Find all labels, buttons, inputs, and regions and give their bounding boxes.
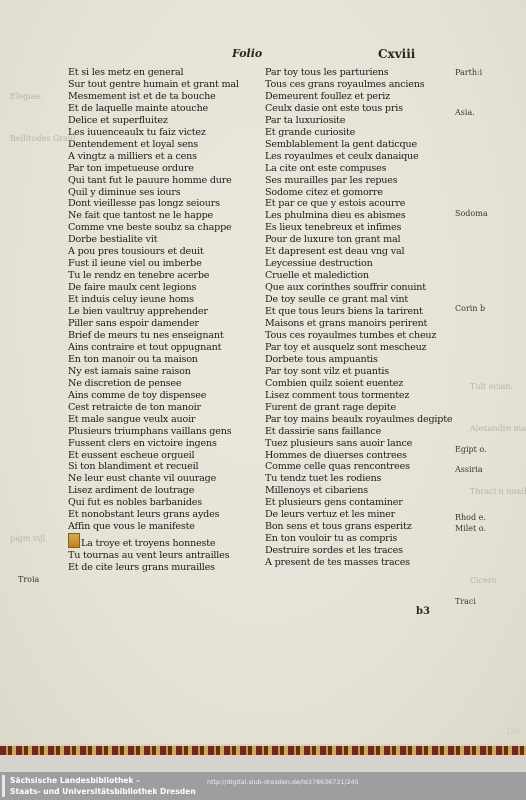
verse-line: Et grande curiosite (265, 127, 465, 139)
verse-text: Et nonobstant leurs grans aydes (68, 509, 219, 520)
verse-text: Es lieux tenebreux et infimes (265, 222, 401, 233)
verse-line: Et male sangue veulx auoir (68, 414, 248, 426)
verse-text: Dorbete tous ampuantis (265, 354, 378, 365)
verse-line: Dentendement et loyal sens (68, 139, 248, 151)
verse-text: Fust il ieune viel ou imberbe (68, 258, 202, 269)
gold-initial-icon (68, 533, 80, 548)
show-through-margin-note: Bellitodes Grani (10, 134, 76, 143)
verse-text: Ne discretion de pensee (68, 378, 181, 389)
margin-note: Troia (18, 575, 39, 584)
verse-text: Et par ce que y estois acourre (265, 198, 405, 209)
margin-note: Parth:i (455, 68, 482, 77)
margin-note: Asia. (455, 108, 475, 117)
show-through-margin-note: Cicero (470, 576, 497, 585)
verse-text: Sur tout gentre humain et grant mal (68, 79, 239, 90)
verse-line: Et dassirie sans faillance (265, 426, 465, 438)
verse-line: Tu tendz tuet les rodiens (265, 473, 465, 485)
verse-line: Et eussent escheue orgueil (68, 450, 248, 462)
verse-text: Tu le rendz en tenebre acerbe (68, 270, 209, 281)
verse-text: Ne fait que tantost ne le happe (68, 210, 213, 221)
verse-line: Lisez ardiment de loutrage (68, 485, 248, 497)
verse-line: Millenoys et cibariens (265, 485, 465, 497)
verse-line: Bon sens et tous grans esperitz (265, 521, 465, 533)
verse-text: Delice et superfluitez (68, 115, 168, 126)
margin-note: Egipt o. (455, 445, 487, 454)
verse-text: Par toy sont vilz et puantis (265, 366, 389, 377)
verse-line: Dont vieillesse pas longz seiours (68, 198, 248, 210)
verse-text: En ton manoir ou ta maison (68, 354, 198, 365)
verse-text: Hommes de diuerses contrees (265, 450, 407, 461)
institution-name-line2: Staats- und Universitätsbibliothek Dresd… (10, 787, 196, 796)
verse-line: Destruire sordes et les traces (265, 545, 465, 557)
verse-line: Et dapresent est deau vng val (265, 246, 465, 258)
verse-line: Si ton blandiment et recueil (68, 461, 248, 473)
verse-text: Dont vieillesse pas longz seiours (68, 198, 220, 209)
verse-text: Les royaulmes et ceulx danaique (265, 151, 418, 162)
verse-text: Par ton impetueuse ordure (68, 163, 194, 174)
verse-text: Cruelle et malediction (265, 270, 369, 281)
verse-line: Cest retraicte de ton manoir (68, 402, 248, 414)
verse-line: Ny est iamais saine raison (68, 366, 248, 378)
verse-text: De faire maulx cent legions (68, 282, 196, 293)
verse-line: Sodome citez et gomorre (265, 187, 465, 199)
verse-line: Affin que vous le manifeste (68, 521, 248, 533)
show-through-margin-note: Elegiae. (10, 92, 43, 101)
verse-text: Qui fut es nobles barbanides (68, 497, 202, 508)
verse-line: Et de laquelle mainte atouche (68, 103, 248, 115)
verse-line: Tu tournas au vent leurs antrailles (68, 550, 248, 562)
verse-line: Mesmement ist et de ta bouche (68, 91, 248, 103)
verse-line: Ains comme de toy dispensee (68, 390, 248, 402)
verse-line: Tu le rendz en tenebre acerbe (68, 270, 248, 282)
verse-line: Es lieux tenebreux et infimes (265, 222, 465, 234)
verse-text: Tu tournas au vent leurs antrailles (68, 550, 229, 561)
verse-line: La troye et troyens honneste (68, 533, 248, 550)
verse-line: Cruelle et malediction (265, 270, 465, 282)
verse-text: Comme vne beste soubz sa chappe (68, 222, 232, 233)
permalink-url[interactable]: http://digital.slub-dresden.de/id3786367… (207, 778, 359, 786)
verse-text: Demeurent foullez et periz (265, 91, 390, 102)
verse-line: Sur tout gentre humain et grant mal (68, 79, 248, 91)
verse-line: Leycessiue destruction (265, 258, 465, 270)
verse-line: Piller sans espoir damender (68, 318, 248, 330)
verse-text: A pou pres tousiours et deuit (68, 246, 204, 257)
verse-text: Les phulmina dieu es abismes (265, 210, 405, 221)
verse-line: Tous ces grans royaulmes anciens (265, 79, 465, 91)
verse-line: De faire maulx cent legions (68, 282, 248, 294)
footer-accent-bar (2, 775, 5, 797)
verse-text: En ton vouloir tu as compris (265, 533, 397, 544)
manuscript-page: Folio Cxviii Et si les metz en generalSu… (0, 0, 526, 744)
verse-line: Qui fut es nobles barbanides (68, 497, 248, 509)
verse-line: Dorbete tous ampuantis (265, 354, 465, 366)
verse-line: Maisons et grans manoirs perirent (265, 318, 465, 330)
verse-text: Si ton blandiment et recueil (68, 461, 198, 472)
verse-line: Par toy mains beaulx royaulmes degipte (265, 414, 465, 426)
verse-text: La troye et troyens honneste (81, 538, 215, 549)
verse-line: Le bien vaultruy apprehender (68, 306, 248, 318)
verse-line: Comme vne beste soubz sa chappe (68, 222, 248, 234)
verse-line: Furent de grant rage depite (265, 402, 465, 414)
verse-text: Et si les metz en general (68, 67, 183, 78)
verse-line: En ton vouloir tu as compris (265, 533, 465, 545)
verse-line: Dorbe bestialite vit (68, 234, 248, 246)
verse-line: Et que tous leurs biens la tarirent (265, 306, 465, 318)
verse-text: Sodome citez et gomorre (265, 187, 383, 198)
margin-note: Rhod e. (455, 513, 486, 522)
verse-text: Que aux corinthes souffrir conuint (265, 282, 426, 293)
verse-text: Lisez ardiment de loutrage (68, 485, 194, 496)
verse-line: De leurs vertuz et les miner (265, 509, 465, 521)
verse-line: Semblablement la gent daticque (265, 139, 465, 151)
verse-text: Et plusieurs gens contaminer (265, 497, 403, 508)
verse-line: Les phulmina dieu es abismes (265, 210, 465, 222)
verse-text: Maisons et grans manoirs perirent (265, 318, 427, 329)
verse-text: Et male sangue veulx auoir (68, 414, 195, 425)
verse-text: Bon sens et tous grans esperitz (265, 521, 412, 532)
verse-text: Par ta luxuriosite (265, 115, 345, 126)
verse-text: Leycessiue destruction (265, 258, 373, 269)
verse-line: Et par ce que y estois acourre (265, 198, 465, 210)
verse-line: Delice et superfluitez (68, 115, 248, 127)
verse-text: Piller sans espoir damender (68, 318, 199, 329)
pencil-folio-number: 120 (506, 728, 519, 736)
verse-text: Ceulx dasie ont este tous pris (265, 103, 403, 114)
verse-text: Et de cite leurs grans murailles (68, 562, 215, 573)
verse-line: Lisez comment tous tormentez (265, 390, 465, 402)
verse-line: Hommes de diuerses contrees (265, 450, 465, 462)
show-through-margin-note: pigm vijl. (10, 534, 48, 543)
verse-line: Pour de luxure ton grant mal (265, 234, 465, 246)
verse-line: Ne discretion de pensee (68, 378, 248, 390)
verse-text: Dorbe bestialite vit (68, 234, 157, 245)
verse-line: Demeurent foullez et periz (265, 91, 465, 103)
verse-line: Qui tant fut le pauure homme dure (68, 175, 248, 187)
verse-text: Et que tous leurs biens la tarirent (265, 306, 423, 317)
verse-line: Ains contraire et tout oppugnant (68, 342, 248, 354)
verse-line: Par toy et ausquelz sont mescheuz (265, 342, 465, 354)
verse-text: Brief de meurs tu nes enseignant (68, 330, 223, 341)
verse-line: Ne leur eust chante vil ouurage (68, 473, 248, 485)
verse-text: Et eussent escheue orgueil (68, 450, 194, 461)
verse-line: Tous ces royaulmes tumbes et cheuz (265, 330, 465, 342)
margin-note: Corin b (455, 304, 485, 313)
verse-line: Ne fait que tantost ne le happe (68, 210, 248, 222)
margin-note: Sodoma (455, 209, 488, 218)
verse-text: Affin que vous le manifeste (68, 521, 195, 532)
verse-line: Par toy tous les parturiens (265, 67, 465, 79)
verse-text: Par toy mains beaulx royaulmes degipte (265, 414, 452, 425)
verse-text: Furent de grant rage depite (265, 402, 396, 413)
verse-text: Tu tendz tuet les rodiens (265, 473, 381, 484)
verse-line: Tuez plusieurs sans auoir lance (265, 438, 465, 450)
verse-line: Fust il ieune viel ou imberbe (68, 258, 248, 270)
verse-text: Et dapresent est deau vng val (265, 246, 404, 257)
right-text-column: Par toy tous les parturiensTous ces gran… (265, 67, 465, 569)
verse-line: A present de tes masses traces (265, 557, 465, 569)
verse-line: Par ta luxuriosite (265, 115, 465, 127)
verse-text: Millenoys et cibariens (265, 485, 368, 496)
verse-text: Tous ces grans royaulmes anciens (265, 79, 424, 90)
verse-text: Cest retraicte de ton manoir (68, 402, 201, 413)
verse-line: En ton manoir ou ta maison (68, 354, 248, 366)
folio-number: Cxviii (378, 47, 415, 61)
verse-line: Et induis celuy ieune homs (68, 294, 248, 306)
verse-text: Par toy et ausquelz sont mescheuz (265, 342, 426, 353)
verse-line: Et si les metz en general (68, 67, 248, 79)
verse-text: Ne leur eust chante vil ouurage (68, 473, 216, 484)
left-text-column: Et si les metz en generalSur tout gentre… (68, 67, 248, 574)
verse-line: Les royaulmes et ceulx danaique (265, 151, 465, 163)
verse-text: Et de laquelle mainte atouche (68, 103, 208, 114)
verse-line: La cite ont este compuses (265, 163, 465, 175)
folio-label: Folio (232, 47, 262, 60)
verse-text: Ses murailles par les repues (265, 175, 397, 186)
verse-line: Brief de meurs tu nes enseignant (68, 330, 248, 342)
verse-text: Pour de luxure ton grant mal (265, 234, 400, 245)
verse-text: Et induis celuy ieune homs (68, 294, 194, 305)
verse-text: De toy seulle ce grant mal vint (265, 294, 408, 305)
signature-mark: b3 (416, 606, 430, 617)
verse-text: Et grande curiosite (265, 127, 355, 138)
institution-name-line1: Sächsische Landesbibliothek – (10, 776, 140, 785)
verse-text: Destruire sordes et les traces (265, 545, 403, 556)
verse-line: De toy seulle ce grant mal vint (265, 294, 465, 306)
verse-line: A pou pres tousiours et deuit (68, 246, 248, 258)
margin-note: Milet o. (455, 524, 486, 533)
verse-line: Comme celle quas rencontrees (265, 461, 465, 473)
verse-text: A vingtz a milliers et a cens (68, 151, 197, 162)
verse-line: Combien quilz soient euentez (265, 378, 465, 390)
verse-line: Par toy sont vilz et puantis (265, 366, 465, 378)
verse-text: Lisez comment tous tormentez (265, 390, 409, 401)
verse-text: A present de tes masses traces (265, 557, 410, 568)
verse-text: Semblablement la gent daticque (265, 139, 417, 150)
show-through-margin-note: Alexandre magnus (470, 424, 526, 433)
verse-text: Dentendement et loyal sens (68, 139, 198, 150)
verse-line: Par ton impetueuse ordure (68, 163, 248, 175)
verse-line: Que aux corinthes souffrir conuint (265, 282, 465, 294)
binding-shadow (0, 755, 526, 772)
verse-text: Tuez plusieurs sans auoir lance (265, 438, 412, 449)
show-through-margin-note: Tult ecian. (470, 382, 513, 391)
verse-text: Par toy tous les parturiens (265, 67, 389, 78)
library-footer: Sächsische Landesbibliothek – Staats- un… (0, 772, 526, 800)
verse-text: Les iuuenceaulx tu faiz victez (68, 127, 206, 138)
verse-text: Et dassirie sans faillance (265, 426, 381, 437)
verse-text: Fussent clers en victoire ingens (68, 438, 217, 449)
verse-line: Quil y diminue ses iours (68, 187, 248, 199)
verse-text: Qui tant fut le pauure homme dure (68, 175, 232, 186)
verse-text: Ains comme de toy dispensee (68, 390, 206, 401)
verse-line: Fussent clers en victoire ingens (68, 438, 248, 450)
verse-line: Et plusieurs gens contaminer (265, 497, 465, 509)
verse-line: A vingtz a milliers et a cens (68, 151, 248, 163)
verse-text: Ny est iamais saine raison (68, 366, 191, 377)
verse-text: Comme celle quas rencontrees (265, 461, 410, 472)
verse-line: Ses murailles par les repues (265, 175, 465, 187)
verse-text: Ains contraire et tout oppugnant (68, 342, 221, 353)
verse-line: Les iuuenceaulx tu faiz victez (68, 127, 248, 139)
verse-text: Le bien vaultruy apprehender (68, 306, 208, 317)
verse-text: Quil y diminue ses iours (68, 187, 180, 198)
show-through-margin-note: Thraci n nuaibne (470, 487, 526, 496)
margin-note: Traci (455, 597, 476, 606)
verse-text: Tous ces royaulmes tumbes et cheuz (265, 330, 436, 341)
verse-line: Et de cite leurs grans murailles (68, 562, 248, 574)
verse-text: La cite ont este compuses (265, 163, 386, 174)
verse-line: Ceulx dasie ont este tous pris (265, 103, 465, 115)
margin-note: Assiria (455, 465, 483, 474)
verse-line: Plusieurs triumphans vaillans gens (68, 426, 248, 438)
verse-text: Combien quilz soient euentez (265, 378, 403, 389)
verse-text: Plusieurs triumphans vaillans gens (68, 426, 231, 437)
verse-text: Mesmement ist et de ta bouche (68, 91, 216, 102)
verse-text: De leurs vertuz et les miner (265, 509, 395, 520)
verse-line: Et nonobstant leurs grans aydes (68, 509, 248, 521)
